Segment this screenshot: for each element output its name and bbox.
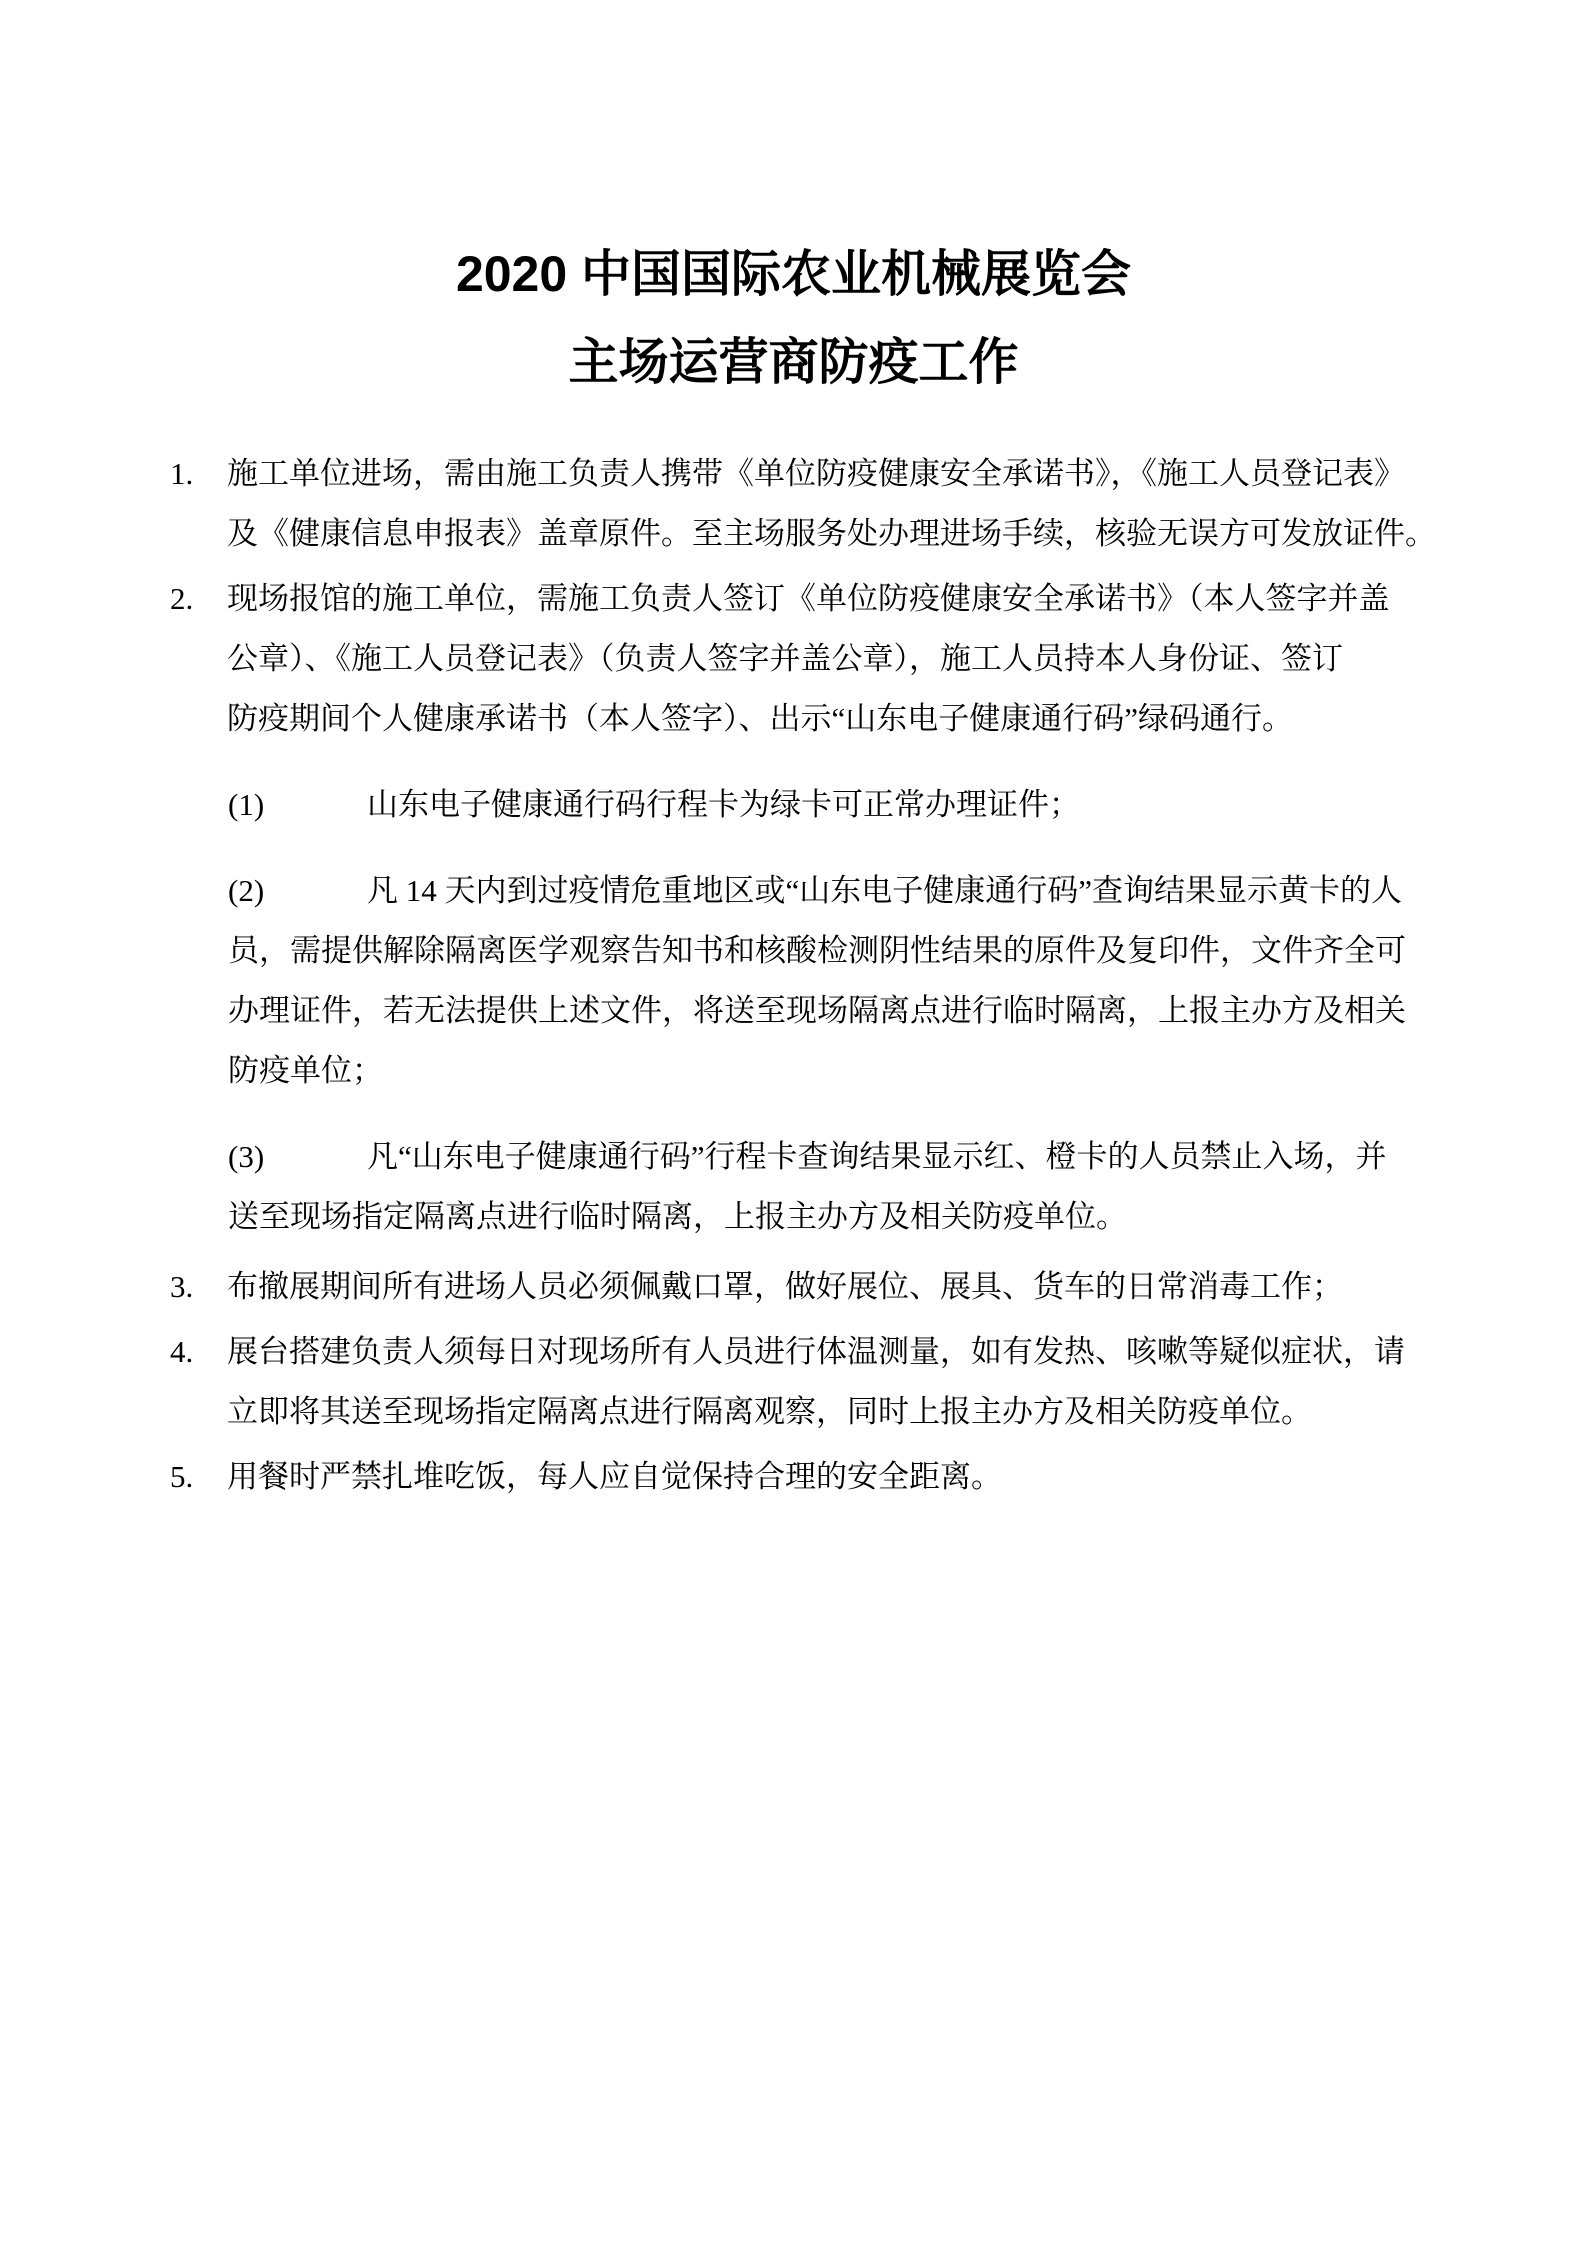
list-item-text: 用餐时严禁扎堆吃饭，每人应自觉保持合理的安全距离。 xyxy=(227,1459,1002,1494)
document-title: 2020 中国国际农业机械展览会 主场运营商防疫工作 xyxy=(0,230,1587,406)
list-item-marker: 1. xyxy=(170,444,227,504)
list-item: 5.用餐时严禁扎堆吃饭，每人应自觉保持合理的安全距离。 xyxy=(170,1447,1460,1507)
list-item-text: 现场报馆的施工单位，需施工负责人签订《单位防疫健康安全承诺书》（本人签字并盖 xyxy=(227,581,1390,616)
list-item-marker: (2) xyxy=(228,861,367,921)
text-line: 3.布撤展期间所有进场人员必须佩戴口罩，做好展位、展具、货车的日常消毒工作； xyxy=(170,1257,1460,1317)
list-item-text: 施工单位进场，需由施工负责人携带《单位防疫健康安全承诺书》，《施工人员登记表》 xyxy=(227,456,1405,491)
text-line: 防疫单位； xyxy=(170,1041,1460,1101)
list-item-marker: 5. xyxy=(170,1447,227,1507)
list-item-marker: 3. xyxy=(170,1257,227,1317)
text-line: 员，需提供解除隔离医学观察告知书和核酸检测阴性结果的原件及复印件，文件齐全可 xyxy=(170,921,1460,981)
list-item-marker: 2. xyxy=(170,569,227,629)
list-item-marker: 4. xyxy=(170,1322,227,1382)
list-item: 4.展台搭建负责人须每日对现场所有人员进行体温测量，如有发热、咳嗽等疑似症状，请… xyxy=(170,1322,1460,1442)
text-line: 防疫期间个人健康承诺书（本人签字）、出示“山东电子健康通行码”绿码通行。 xyxy=(170,689,1460,749)
document-title-line-1: 2020 中国国际农业机械展览会 xyxy=(0,230,1587,318)
text-line: 4.展台搭建负责人须每日对现场所有人员进行体温测量，如有发热、咳嗽等疑似症状，请 xyxy=(170,1322,1460,1382)
text-line: (3)凡“山东电子健康通行码”行程卡查询结果显示红、橙卡的人员禁止入场，并 xyxy=(170,1127,1460,1187)
text-line: 2.现场报馆的施工单位，需施工负责人签订《单位防疫健康安全承诺书》（本人签字并盖 xyxy=(170,569,1460,629)
list-item-text: 凡 14 天内到过疫情危重地区或“山东电子健康通行码”查询结果显示黄卡的人 xyxy=(367,873,1402,908)
text-line: 5.用餐时严禁扎堆吃饭，每人应自觉保持合理的安全距离。 xyxy=(170,1447,1460,1507)
list-item-marker: (1) xyxy=(228,775,367,835)
text-line: (1)山东电子健康通行码行程卡为绿卡可正常办理证件； xyxy=(170,775,1460,835)
list-item-text: 山东电子健康通行码行程卡为绿卡可正常办理证件； xyxy=(367,787,1080,822)
list-item-text: 布撤展期间所有进场人员必须佩戴口罩，做好展位、展具、货车的日常消毒工作； xyxy=(227,1269,1343,1304)
text-line: 1.施工单位进场，需由施工负责人携带《单位防疫健康安全承诺书》，《施工人员登记表… xyxy=(170,444,1460,504)
list-item-marker: (3) xyxy=(228,1127,367,1187)
sub-list-item: (2)凡 14 天内到过疫情危重地区或“山东电子健康通行码”查询结果显示黄卡的人… xyxy=(170,861,1460,1101)
sub-list-item: (3)凡“山东电子健康通行码”行程卡查询结果显示红、橙卡的人员禁止入场，并送至现… xyxy=(170,1127,1460,1247)
text-line: 送至现场指定隔离点进行临时隔离，上报主办方及相关防疫单位。 xyxy=(170,1187,1460,1247)
document-title-line-2: 主场运营商防疫工作 xyxy=(0,318,1587,406)
list-item: 3.布撤展期间所有进场人员必须佩戴口罩，做好展位、展具、货车的日常消毒工作； xyxy=(170,1257,1460,1317)
list-item: 2.现场报馆的施工单位，需施工负责人签订《单位防疫健康安全承诺书》（本人签字并盖… xyxy=(170,569,1460,749)
sub-list-item: (1)山东电子健康通行码行程卡为绿卡可正常办理证件； xyxy=(170,775,1460,835)
document-page: 2020 中国国际农业机械展览会 主场运营商防疫工作 1.施工单位进场，需由施工… xyxy=(0,0,1587,2245)
text-line: 办理证件，若无法提供上述文件，将送至现场隔离点进行临时隔离，上报主办方及相关 xyxy=(170,981,1460,1041)
text-line: 立即将其送至现场指定隔离点进行隔离观察，同时上报主办方及相关防疫单位。 xyxy=(170,1382,1460,1442)
list-item-text: 展台搭建负责人须每日对现场所有人员进行体温测量，如有发热、咳嗽等疑似症状，请 xyxy=(227,1334,1405,1369)
list-item-text: 凡“山东电子健康通行码”行程卡查询结果显示红、橙卡的人员禁止入场，并 xyxy=(367,1139,1387,1174)
text-line: (2)凡 14 天内到过疫情危重地区或“山东电子健康通行码”查询结果显示黄卡的人 xyxy=(170,861,1460,921)
list-item: 1.施工单位进场，需由施工负责人携带《单位防疫健康安全承诺书》，《施工人员登记表… xyxy=(170,444,1460,564)
text-line: 及《健康信息申报表》盖章原件。至主场服务处办理进场手续，核验无误方可发放证件。 xyxy=(170,504,1460,564)
document-body: 1.施工单位进场，需由施工负责人携带《单位防疫健康安全承诺书》，《施工人员登记表… xyxy=(170,444,1460,1507)
text-line: 公章）、《施工人员登记表》（负责人签字并盖公章），施工人员持本人身份证、签订 xyxy=(170,629,1460,689)
